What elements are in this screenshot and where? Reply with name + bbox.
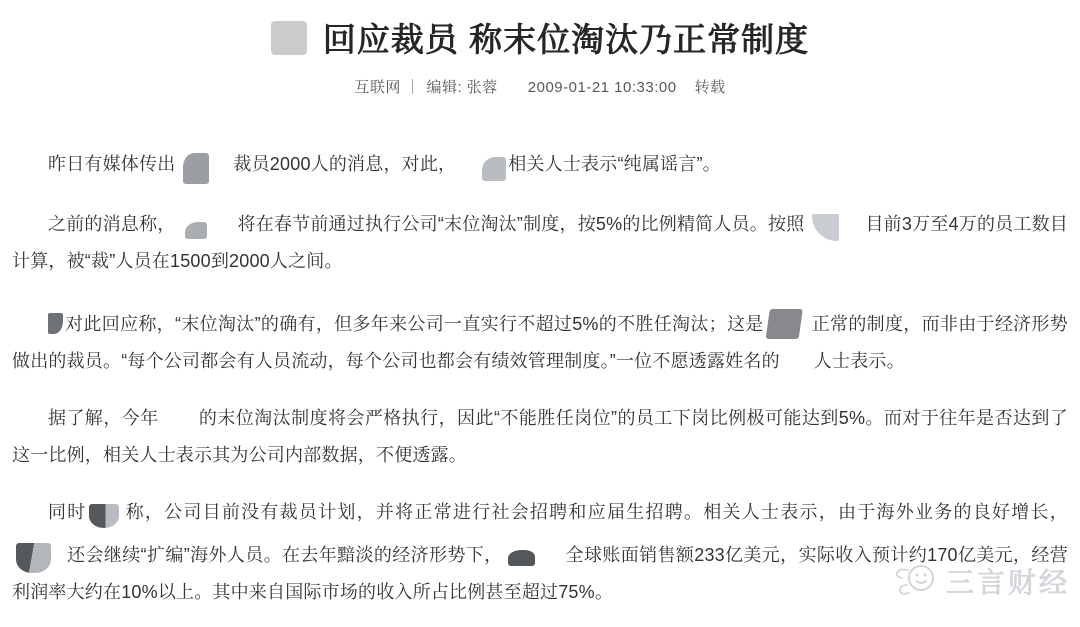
redaction-mark [812, 214, 839, 241]
redaction-mark [765, 309, 802, 339]
redaction-mark [16, 543, 51, 573]
page-title: 回应裁员 称末位淘汰乃正常制度 [0, 18, 1080, 62]
meta-editor: 编辑: 张蓉 [426, 79, 497, 96]
paragraph-4: 据了解，今年的末位淘汰制度将会严格执行，因此“不能胜任岗位”的员工下岗比例极可能… [12, 400, 1068, 474]
p4-text-1: 据了解，今年 [48, 408, 159, 428]
paragraph-1: 昨日有媒体传出裁员2000人的消息，对此，相关人士表示“纯属谣言”。 [12, 139, 1068, 183]
p2-text-1: 之前的消息称， [48, 214, 175, 234]
paragraph-3: 对此回应称，“末位淘汰”的确有，但多年来公司一直实行不超过5%的不胜任淘汰；这是… [12, 300, 1068, 380]
meta-divider: ｜ [405, 79, 421, 96]
redaction-mark-title [271, 21, 307, 55]
watermark: 三言财经 [894, 558, 1070, 603]
redaction-mark [482, 157, 506, 181]
redaction-mark [89, 504, 119, 528]
watermark-text: 三言财经 [946, 561, 1070, 601]
redaction-mark [183, 153, 209, 184]
chat-face-logo-icon [894, 558, 940, 603]
p5-text-3: 还会继续“扩编”海外人员。在去年黯淡的经济形势下， [67, 545, 502, 565]
redaction-mark [508, 550, 535, 566]
p2-text-2: 将在春节前通过执行公司“末位淘汰”制度，按5%的比例精简人员。按照 [237, 214, 804, 234]
paragraph-2: 之前的消息称，将在春节前通过执行公司“末位淘汰”制度，按5%的比例精简人员。按照… [12, 203, 1068, 280]
article-page: 回应裁员 称末位淘汰乃正常制度 互联网｜编辑: 张蓉2009-01-21 10:… [0, 0, 1080, 627]
article-meta: 互联网｜编辑: 张蓉2009-01-21 10:33:00转载 [0, 76, 1080, 97]
article-header: 回应裁员 称末位淘汰乃正常制度 互联网｜编辑: 张蓉2009-01-21 10:… [0, 0, 1080, 97]
p5-text-2: 称，公司目前没有裁员计划，并将正常进行社会招聘和应届生招聘。相关人士表示，由于海… [125, 502, 1068, 522]
redaction-mark [48, 313, 63, 334]
meta-source: 互联网 [354, 79, 401, 96]
p1-text-2: 裁员2000人的消息，对此， [233, 154, 456, 174]
p4-text-2: 的末位淘汰制度将会严格执行，因此“不能胜任岗位”的员工下岗比例极可能达到5%。而… [12, 408, 1068, 465]
p5-text-1: 同时 [48, 502, 87, 522]
article-body: 昨日有媒体传出裁员2000人的消息，对此，相关人士表示“纯属谣言”。 之前的消息… [0, 139, 1080, 611]
p1-text-1: 昨日有媒体传出 [48, 154, 175, 174]
meta-datetime: 2009-01-21 10:33:00 [528, 79, 677, 96]
p1-text-3: 相关人士表示“纯属谣言”。 [508, 154, 721, 174]
meta-repost-tag: 转载 [695, 79, 726, 96]
title-text: 回应裁员 称末位淘汰乃正常制度 [323, 21, 809, 58]
p3-text-1: 对此回应称，“末位淘汰”的确有，但多年来公司一直实行不超过5%的不胜任淘汰；这是 [65, 314, 764, 334]
p3-text-3: 人士表示。 [814, 351, 905, 371]
redaction-mark [185, 222, 207, 239]
